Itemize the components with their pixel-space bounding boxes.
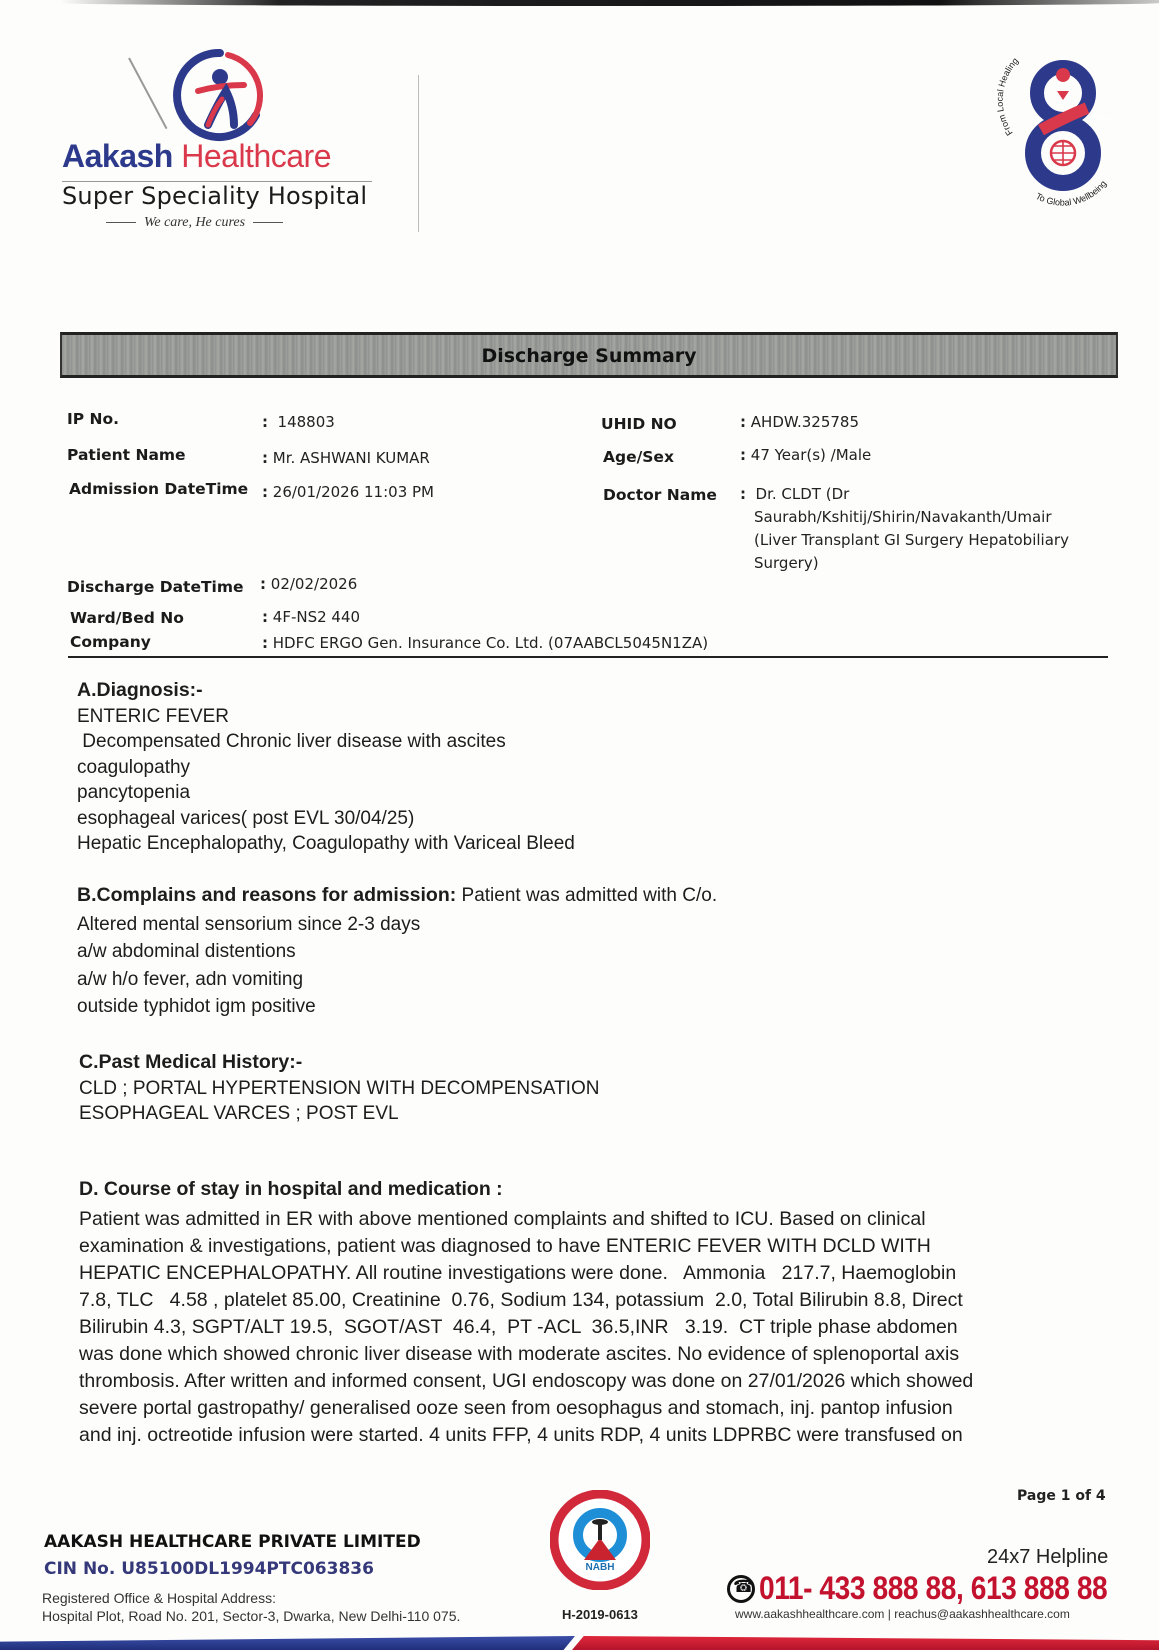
complaint-item: outside typhidot igm positive: [77, 994, 717, 1020]
decorative-stroke: [128, 58, 167, 130]
page-number: Page 1 of 4: [1017, 1488, 1106, 1504]
diagnosis-heading: A.Diagnosis:-: [77, 678, 575, 704]
course-line: severe portal gastropathy/ generalised o…: [79, 1395, 1079, 1422]
address: Hospital Plot, Road No. 201, Sector-3, D…: [42, 1608, 460, 1624]
discharge-datetime-label: Discharge DateTime: [67, 578, 244, 596]
location-pin-icon: [1056, 68, 1070, 100]
admission-datetime-label: Admission DateTime: [69, 480, 248, 498]
patient-name-label: Patient Name: [67, 446, 186, 464]
document-title-band: Discharge Summary: [60, 332, 1118, 378]
course-line: thrombosis. After written and informed c…: [79, 1368, 1079, 1395]
info-divider: [68, 656, 1108, 658]
complaints-heading: B.Complains and reasons for admission:: [77, 884, 456, 906]
website-link[interactable]: www.aakashhealthcare.com: [735, 1607, 884, 1621]
eight-years-badge-icon: From Local Healing To Global Wellbeing Y…: [995, 38, 1120, 208]
hospital-logo: Aakash Healthcare Super Speciality Hospi…: [60, 40, 380, 240]
helpline[interactable]: 011- 433 888 88, 613 888 88: [727, 1570, 1155, 1607]
contact-links: www.aakashhealthcare.com | reachus@aakas…: [735, 1607, 1070, 1621]
svg-text:From Local Healing: From Local Healing: [995, 56, 1020, 138]
section-diagnosis: A.Diagnosis:- ENTERIC FEVER Decompensate…: [77, 678, 575, 857]
uhid-label: UHID NO: [601, 415, 677, 433]
course-line: 7.8, TLC 4.58 , platelet 85.00, Creatini…: [79, 1287, 1079, 1314]
footer-band-blue: [0, 1636, 575, 1650]
cin-number: CIN No. U85100DL1994PTC063836: [44, 1559, 374, 1579]
ip-no-value: : 148803: [262, 413, 335, 431]
course-line: examination & investigations, patient wa…: [79, 1233, 1079, 1260]
course-line: Patient was admitted in ER with above me…: [79, 1206, 1079, 1233]
course-line: was done which showed chronic liver dise…: [79, 1341, 1079, 1368]
svg-text:Years: Years: [1093, 115, 1111, 122]
course-paragraph: Patient was admitted in ER with above me…: [79, 1206, 1079, 1449]
brand-subtitle: Super Speciality Hospital: [62, 182, 367, 210]
course-line: and inj. octreotide infusion were starte…: [79, 1422, 1079, 1449]
discharge-datetime-value: : 02/02/2026: [260, 575, 357, 593]
history-heading: C.Past Medical History:-: [79, 1050, 599, 1076]
brand-secondary: Healthcare: [181, 138, 331, 174]
nabh-accreditation-icon: NABH: [550, 1490, 650, 1590]
complaints-intro: Patient was admitted with C/o.: [456, 885, 717, 906]
uhid-value: : AHDW.325785: [740, 413, 859, 431]
svg-text:NABH: NABH: [586, 1562, 615, 1573]
company-value: : HDFC ERGO Gen. Insurance Co. Ltd. (07A…: [262, 634, 708, 652]
section-history: C.Past Medical History:- CLD ; PORTAL HY…: [79, 1050, 599, 1127]
doctor-name-value: : Dr. CLDT (Dr Saurabh/Kshitij/Shirin/Na…: [740, 483, 1070, 575]
course-heading: D. Course of stay in hospital and medica…: [79, 1177, 503, 1203]
brand-primary: Aakash: [62, 138, 173, 174]
document-title: Discharge Summary: [481, 345, 696, 367]
brand-name: Aakash Healthcare: [62, 138, 331, 175]
complaint-item: a/w h/o fever, adn vomiting: [77, 967, 717, 993]
course-line: Bilirubin 4.3, SGPT/ALT 19.5, SGOT/AST 4…: [79, 1314, 1079, 1341]
header-divider: [418, 75, 419, 232]
complaint-item: a/w abdominal distentions: [77, 939, 717, 965]
brand-tagline: We care, He cures: [98, 215, 291, 231]
helpline-numbers[interactable]: 011- 433 888 88, 613 888 88: [759, 1570, 1107, 1607]
person-circle-logo-icon: [170, 45, 270, 145]
course-heading-wrap: D. Course of stay in hospital and medica…: [79, 1177, 503, 1203]
complaint-item: Altered mental sensorium since 2-3 days: [77, 912, 717, 938]
diagnosis-item: esophageal varices( post EVL 30/04/25): [77, 806, 575, 832]
doctor-name-label: Doctor Name: [603, 486, 717, 504]
ward-bed-value: : 4F-NS2 440: [262, 608, 360, 626]
page-edge-shadow: [60, 0, 1159, 6]
address-heading: Registered Office & Hospital Address:: [42, 1590, 276, 1606]
helpline-label: 24x7 Helpline: [987, 1546, 1108, 1569]
email-link[interactable]: reachus@aakashhealthcare.com: [894, 1607, 1070, 1621]
history-item: CLD ; PORTAL HYPERTENSION WITH DECOMPENS…: [79, 1076, 599, 1102]
patient-name-value: : Mr. ASHWANI KUMAR: [262, 449, 430, 467]
ward-bed-label: Ward/Bed No: [70, 609, 184, 627]
phone-icon: [727, 1575, 755, 1603]
ip-no-label: IP No.: [67, 410, 119, 428]
diagnosis-item: Hepatic Encephalopathy, Coagulopathy wit…: [77, 831, 575, 857]
age-sex-label: Age/Sex: [603, 448, 674, 466]
diagnosis-item: pancytopenia: [77, 780, 575, 806]
admission-datetime-value: : 26/01/2026 11:03 PM: [262, 483, 434, 501]
company-name: AAKASH HEALTHCARE PRIVATE LIMITED: [44, 1532, 421, 1552]
footer-band-red: [572, 1636, 1159, 1650]
section-complaints: B.Complains and reasons for admission: P…: [77, 883, 717, 1020]
history-item: ESOPHAGEAL VARCES ; POST EVL: [79, 1101, 599, 1127]
company-label: Company: [70, 633, 151, 651]
course-line: HEPATIC ENCEPHALOPATHY. All routine inve…: [79, 1260, 1079, 1287]
diagnosis-item: coagulopathy: [77, 755, 575, 781]
diagnosis-item: Decompensated Chronic liver disease with…: [77, 729, 575, 755]
diagnosis-item: ENTERIC FEVER: [77, 704, 575, 730]
age-sex-value: : 47 Year(s) /Male: [740, 446, 871, 464]
nabh-code: H-2019-0613: [562, 1607, 638, 1622]
